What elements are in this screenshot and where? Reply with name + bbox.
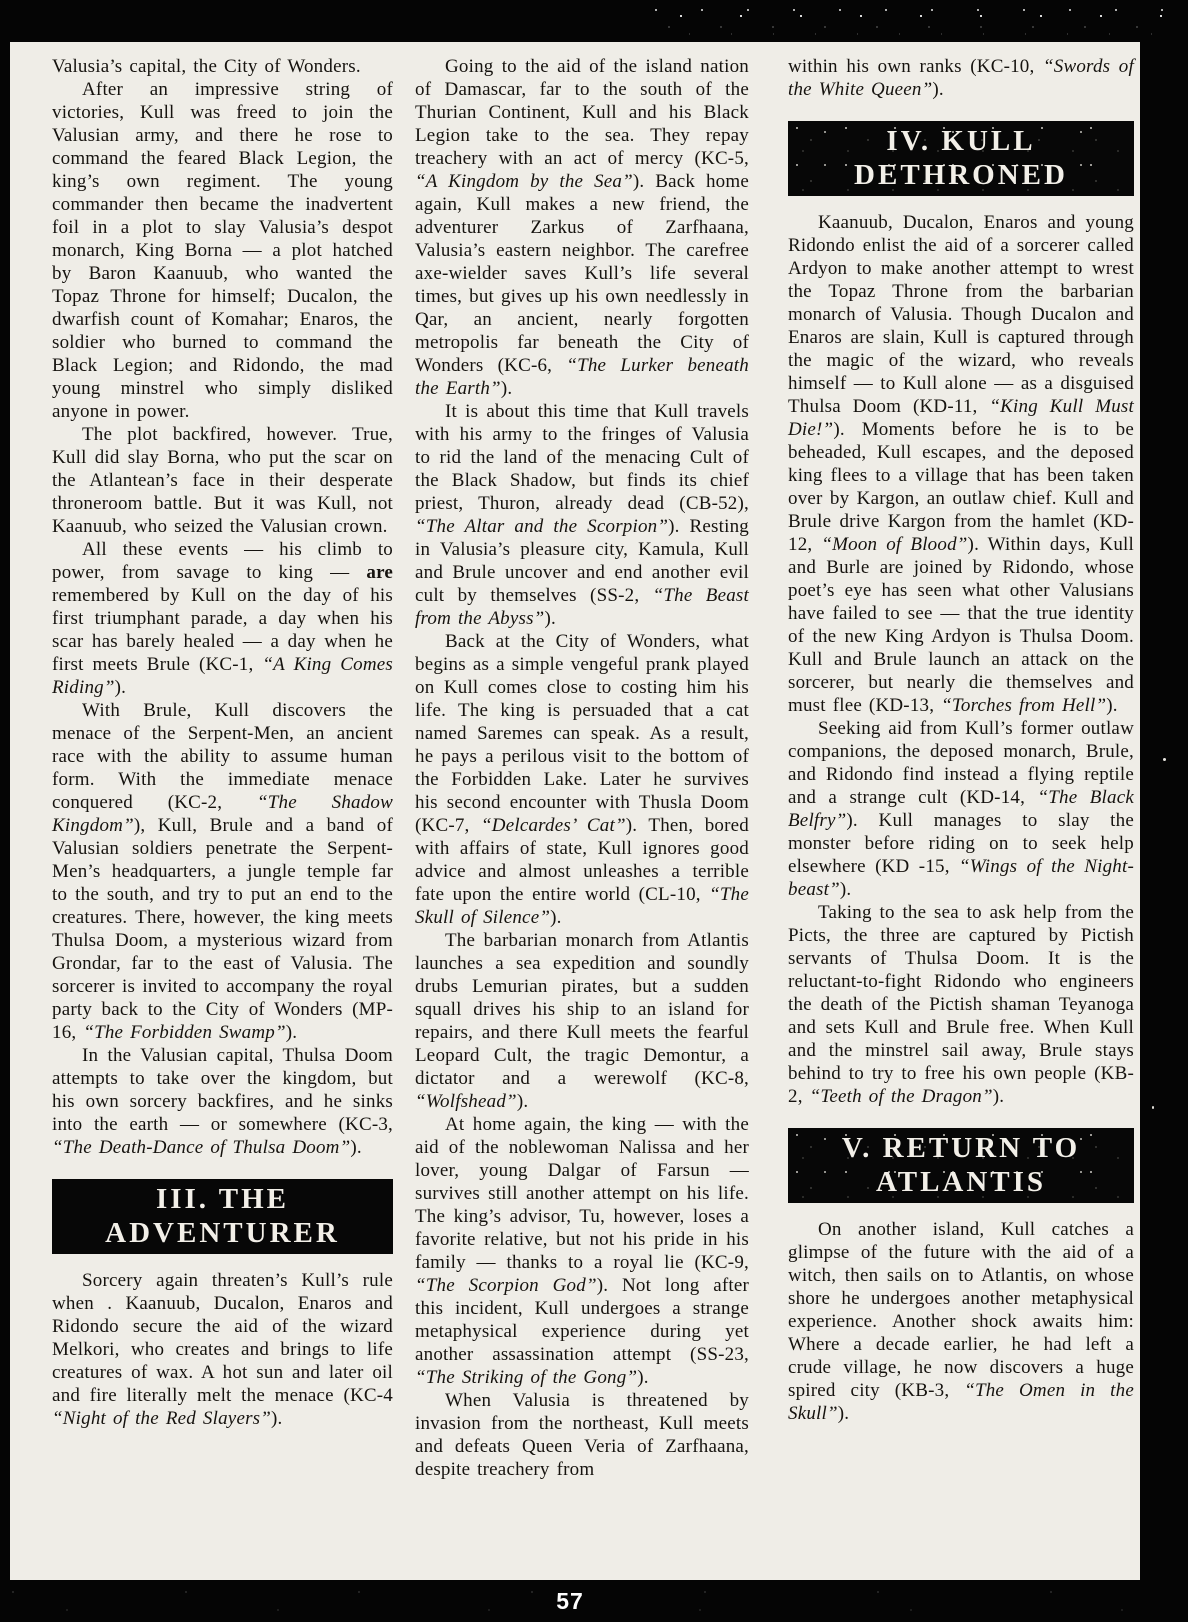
print-noise-dot <box>1163 758 1166 761</box>
text-run: At home again, the king — with the aid o… <box>415 1114 749 1273</box>
page-number: 57 <box>0 1580 1140 1622</box>
text-run: ). <box>550 907 561 928</box>
section-header: V. RETURN TOATLANTIS <box>788 1128 1134 1203</box>
text-run: “Teeth of the Dragon” <box>810 1086 993 1107</box>
paragraph: The plot backfired, however. True, Kull … <box>52 423 393 538</box>
text-run: ). Back home again, Kull makes a new fri… <box>415 171 749 376</box>
bottom-border-bar: 57 <box>0 1580 1188 1622</box>
text-run: ). <box>286 1022 297 1043</box>
text-run: “The Scorpion God” <box>415 1275 597 1296</box>
text-run: ). <box>637 1367 648 1388</box>
paragraph: With Brule, Kull discovers the menace of… <box>52 699 393 1044</box>
scanned-magazine-page: { "page": { "number": "57" }, "columns":… <box>0 0 1188 1622</box>
paragraph: Back at the City of Wonders, what begins… <box>415 630 749 929</box>
text-run: ). <box>838 1403 849 1424</box>
section-header: IV. KULLDETHRONED <box>788 121 1134 196</box>
section-header-line: DETHRONED <box>788 158 1134 192</box>
text-run: “The Striking of the Gong” <box>415 1367 637 1388</box>
print-noise-dot <box>1152 1106 1154 1109</box>
text-run: Back at the City of Wonders, what begins… <box>415 631 749 836</box>
text-run: “The Altar and the Scorpion” <box>415 516 668 537</box>
text-run: After an impressive string of victories,… <box>52 79 393 422</box>
text-column-1: Valusia’s capital, the City of Wonders.A… <box>52 55 393 1430</box>
paragraph: Seeking aid from Kull’s former outlaw co… <box>788 717 1134 901</box>
paragraph: On another island, Kull catches a glimps… <box>788 1218 1134 1425</box>
text-run: In the Valusian capital, Thulsa Doom att… <box>52 1045 393 1135</box>
paragraph: Valusia’s capital, the City of Wonders. <box>52 55 393 78</box>
text-run: ). <box>932 79 943 100</box>
text-run: Kaanuub, Ducalon, Enaros and young Ridon… <box>788 212 1134 417</box>
paragraph: At home again, the king — with the aid o… <box>415 1113 749 1389</box>
text-run: within his own ranks (KC-10, <box>788 56 1043 77</box>
text-run: “Wolfshead” <box>415 1091 517 1112</box>
text-run: “The Forbidden Swamp” <box>83 1022 285 1043</box>
paragraph: within his own ranks (KC-10, “Swords of … <box>788 55 1134 101</box>
text-run: ). <box>115 677 126 698</box>
text-run: The barbarian monarch from Atlantis laun… <box>415 930 749 1089</box>
paragraph: Sorcery again threaten’s Kull’s rule whe… <box>52 1269 393 1430</box>
text-run: ). <box>1106 695 1117 716</box>
paragraph: All these events — his climb to power, f… <box>52 538 393 699</box>
text-run: ). <box>271 1408 282 1429</box>
paragraph: Going to the aid of the island nation of… <box>415 55 749 400</box>
text-run: “Moon of Blood” <box>821 534 967 555</box>
text-run: ). <box>544 608 555 629</box>
top-border-bar <box>0 0 1188 42</box>
paragraph: After an impressive string of victories,… <box>52 78 393 423</box>
text-run: ). <box>993 1086 1004 1107</box>
text-run: “Torches from Hell” <box>941 695 1106 716</box>
text-run: ). <box>840 879 851 900</box>
text-run: Taking to the sea to ask help from the P… <box>788 902 1134 1107</box>
text-run: “The Death-Dance of Thulsa Doom” <box>52 1137 350 1158</box>
section-header-line: ADVENTURER <box>52 1216 393 1250</box>
paragraph: In the Valusian capital, Thulsa Doom att… <box>52 1044 393 1159</box>
text-run: When Valusia is threatened by invasion f… <box>415 1390 749 1480</box>
text-run: Valusia’s capital, the City of Wonders. <box>52 56 361 77</box>
paragraph: Taking to the sea to ask help from the P… <box>788 901 1134 1108</box>
text-run: ). <box>350 1137 361 1158</box>
text-run: ). <box>517 1091 528 1112</box>
text-run: The plot backfired, however. True, Kull … <box>52 424 393 537</box>
text-run: Going to the aid of the island nation of… <box>415 56 749 169</box>
section-header-line: IV. KULL <box>788 124 1134 158</box>
text-run: ). Within days, Kull and Burle are joine… <box>788 534 1134 716</box>
text-column-2: Going to the aid of the island nation of… <box>415 55 749 1481</box>
text-run: Sorcery again threaten’s Kull’s rule whe… <box>52 1270 393 1406</box>
section-header-line: ATLANTIS <box>788 1165 1134 1199</box>
paragraph: Kaanuub, Ducalon, Enaros and young Ridon… <box>788 211 1134 717</box>
page-content-area: Valusia’s capital, the City of Wonders.A… <box>10 42 1140 1580</box>
section-header-line: V. RETURN TO <box>788 1131 1134 1165</box>
text-run: It is about this time that Kull travels … <box>415 401 749 514</box>
text-run: ), Kull, Brule and a band of Valusian so… <box>52 815 393 1043</box>
text-run: “Night of the Red Slayers” <box>52 1408 271 1429</box>
paragraph: The barbarian monarch from Atlantis laun… <box>415 929 749 1113</box>
paragraph: When Valusia is threatened by invasion f… <box>415 1389 749 1481</box>
text-run: are <box>366 562 393 583</box>
text-run: All these events — his climb to power, f… <box>52 539 393 583</box>
section-header-line: III. THE <box>52 1182 393 1216</box>
section-header: III. THEADVENTURER <box>52 1179 393 1254</box>
text-run: On another island, Kull catches a glimps… <box>788 1219 1134 1401</box>
text-column-3: within his own ranks (KC-10, “Swords of … <box>788 55 1134 1425</box>
print-noise-speckles <box>648 0 1188 42</box>
text-run: ). <box>501 378 512 399</box>
paragraph: It is about this time that Kull travels … <box>415 400 749 630</box>
text-run: “A Kingdom by the Sea” <box>415 171 633 192</box>
text-run: “Delcardes’ Cat” <box>481 815 626 836</box>
